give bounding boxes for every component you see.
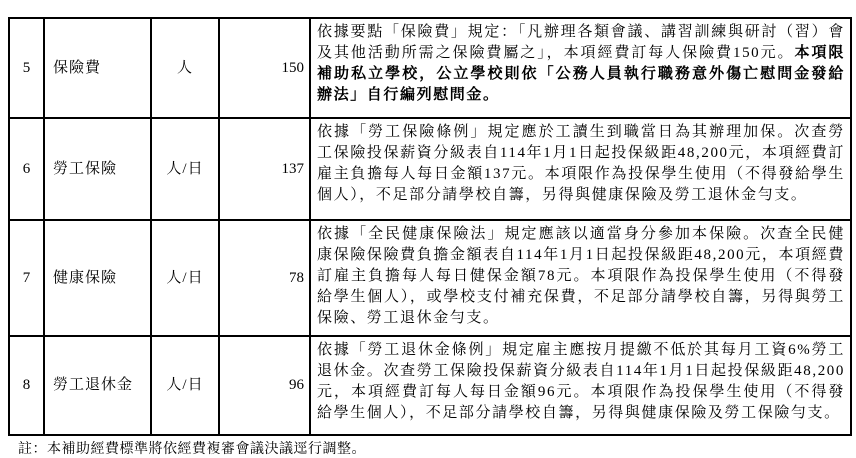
item-name-cell: 勞工退休金 [44,336,151,435]
item-name-cell: 保險費 [44,18,151,118]
row-number-cell: 7 [9,220,44,336]
row-number-cell: 8 [9,336,44,435]
table-row-health-insurance: 7 健康保險 人/日 78 依據「全民健康保險法」規定應該以適當身分參加本保險。… [9,220,851,336]
description-text: 依據「勞工退休金條例」規定雇主應按月提繳不低於其每月工資6%勞工退休金。次查勞工… [317,342,845,421]
description-cell: 依據「勞工保險條例」規定應於工讀生到職當日為其辦理加保。次查勞工保險投保薪資分級… [310,118,851,220]
amount-cell: 78 [219,220,310,336]
row-number-cell: 5 [9,18,44,118]
description-cell: 依據「勞工退休金條例」規定雇主應按月提繳不低於其每月工資6%勞工退休金。次查勞工… [310,336,851,435]
table-row-insurance-fee: 5 保險費 人 150 依據要點「保險費」規定：「凡辦理各類會議、講習訓練與研討… [9,18,851,118]
amount-cell: 150 [219,18,310,118]
amount-cell: 96 [219,336,310,435]
description-text: 依據「全民健康保險法」規定應該以適當身分參加本保險。次查全民健康保險保險費負擔金… [317,226,845,326]
description-cell: 依據要點「保險費」規定：「凡辦理各類會議、講習訓練與研討（習）會及其他活動所需之… [310,18,851,118]
description-text: 依據要點「保險費」規定：「凡辦理各類會議、講習訓練與研討（習）會及其他活動所需之… [317,24,845,61]
table-row-labor-pension: 8 勞工退休金 人/日 96 依據「勞工退休金條例」規定雇主應按月提繳不低於其每… [9,336,851,435]
item-name-cell: 健康保險 [44,220,151,336]
row-number-cell: 6 [9,118,44,220]
document-page: 5 保險費 人 150 依據要點「保險費」規定：「凡辦理各類會議、講習訓練與研討… [0,0,856,458]
amount-cell: 137 [219,118,310,220]
item-name-cell: 勞工保險 [44,118,151,220]
description-text: 依據「勞工保險條例」規定應於工讀生到職當日為其辦理加保。次查勞工保險投保薪資分級… [317,124,845,203]
unit-cell: 人/日 [151,118,219,220]
unit-cell: 人 [151,18,219,118]
subsidy-fee-table: 5 保險費 人 150 依據要點「保險費」規定：「凡辦理各類會議、講習訓練與研討… [8,17,852,436]
table-row-labor-insurance: 6 勞工保險 人/日 137 依據「勞工保險條例」規定應於工讀生到職當日為其辦理… [9,118,851,220]
unit-cell: 人/日 [151,220,219,336]
description-cell: 依據「全民健康保險法」規定應該以適當身分參加本保險。次查全民健康保險保險費負擔金… [310,220,851,336]
footnote: 註：本補助經費標準將依經費複審會議決議逕行調整。 [18,438,366,458]
unit-cell: 人/日 [151,336,219,435]
